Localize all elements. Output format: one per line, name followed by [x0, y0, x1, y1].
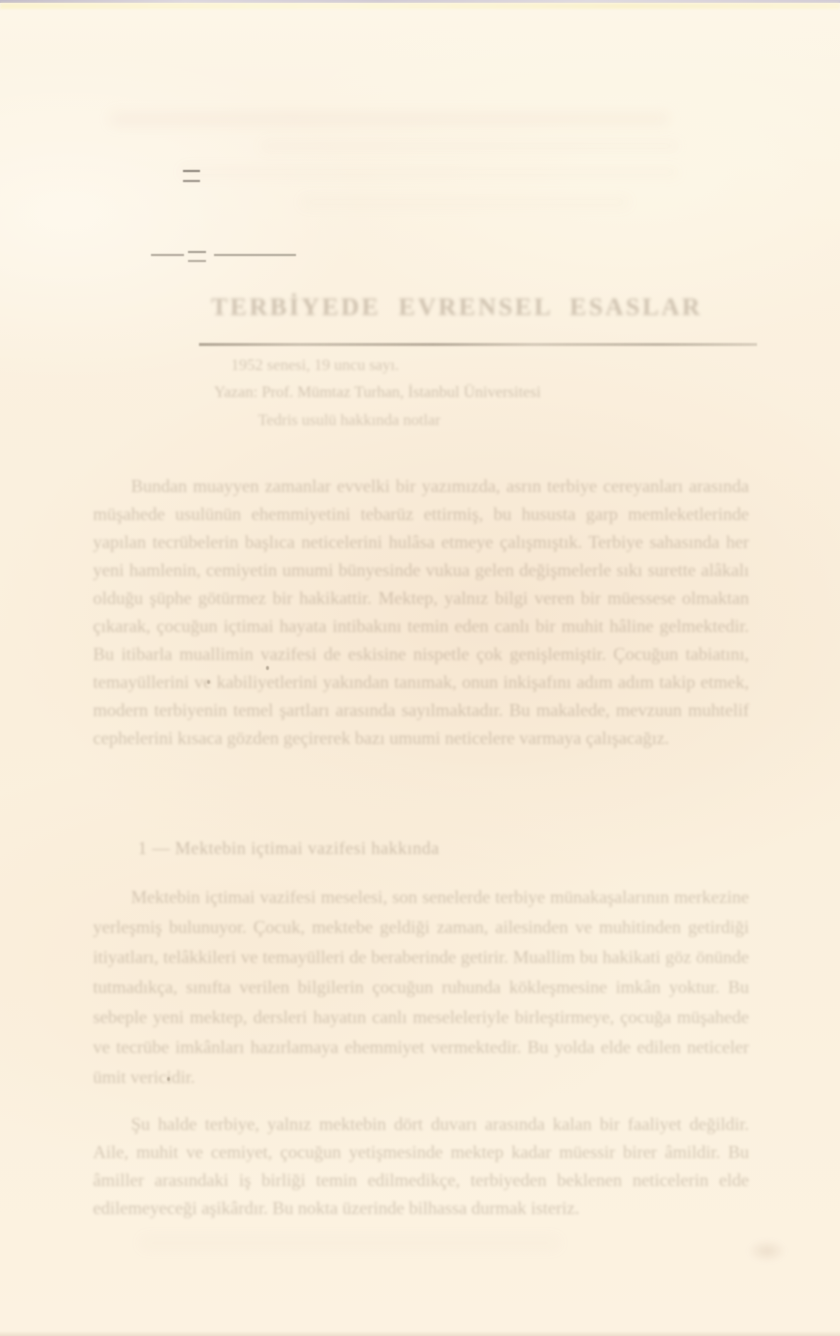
- section-heading: 1 — Mektebin içtimai vazifesi hakkında: [138, 838, 439, 859]
- masthead-issue-line: 1952 senesi, 19 uncu sayı.: [231, 357, 399, 375]
- title-rule: [199, 343, 757, 346]
- ghost-band: [110, 112, 670, 126]
- ink-speck: [207, 680, 210, 684]
- masthead-author-line: Yazan: Prof. Mümtaz Turhan, İstanbul Üni…: [214, 384, 541, 402]
- equals-pencil-mark: [183, 170, 200, 182]
- body-paragraph-1: Bundan muayyen zamanlar evvelki bir yazı…: [93, 472, 749, 809]
- article-title: TERBİYEDE EVRENSEL ESASLAR: [211, 294, 702, 322]
- ghost-band: [140, 1236, 560, 1250]
- dash-mark-equals: [188, 251, 206, 262]
- scan-top-edge-tint: [0, 3, 840, 9]
- ghost-band: [260, 140, 680, 152]
- ink-speck: [167, 1077, 170, 1081]
- scan-bottom-edge: [0, 1331, 840, 1336]
- dash-mark-left: [151, 254, 184, 256]
- page-number-smudge: [748, 1240, 786, 1262]
- ink-speck: [266, 666, 269, 670]
- ghost-band: [300, 196, 630, 208]
- masthead-note-line: Tedris usulü hakkında notlar: [258, 412, 440, 430]
- dash-mark-right: [214, 254, 296, 256]
- scanned-document-page: TERBİYEDE EVRENSEL ESASLAR 1952 senesi, …: [0, 0, 840, 1336]
- ghost-band: [180, 166, 680, 178]
- body-paragraph-3: Şu halde terbiye, yalnız mektebin dört d…: [93, 1110, 749, 1223]
- body-paragraph-2: Mektebin içtimai vazifesi meselesi, son …: [93, 882, 749, 1093]
